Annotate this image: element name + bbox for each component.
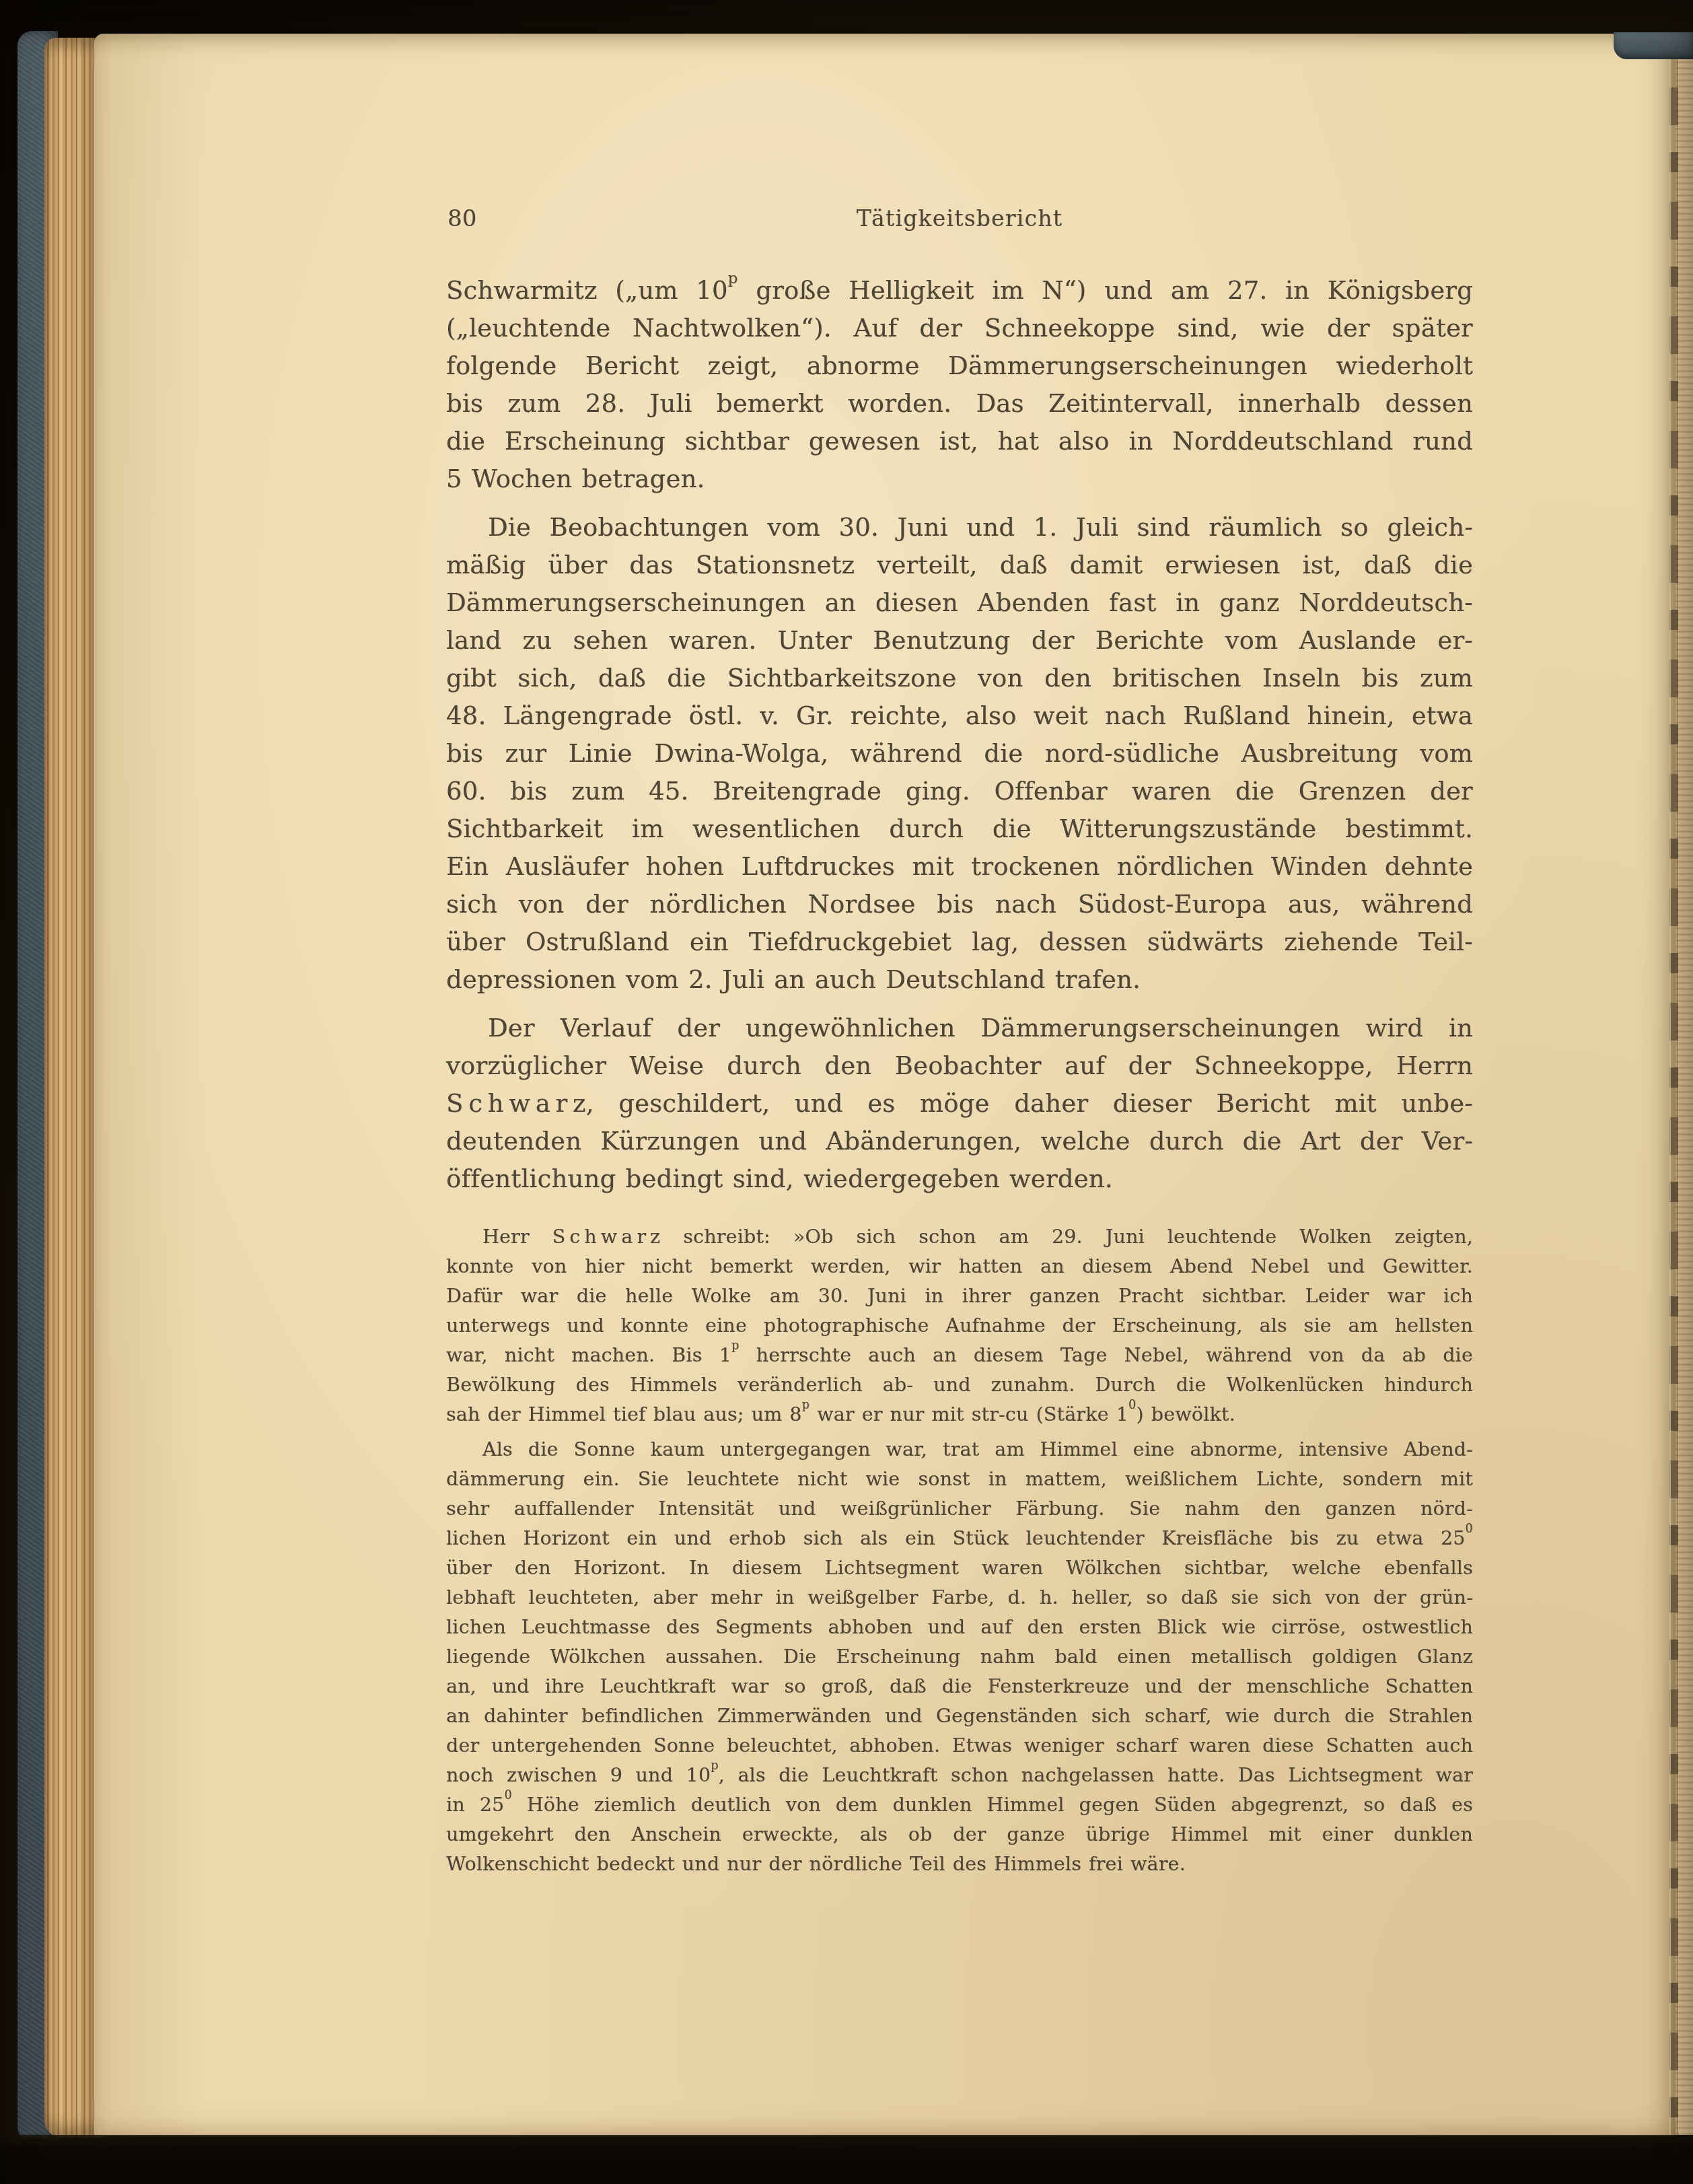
text-line: 48. Längengrade östl. v. Gr. reichte, al… bbox=[446, 697, 1473, 735]
text-line: noch zwischen 9 und 10p, als die Leuchtk… bbox=[446, 1761, 1473, 1790]
text-line: folgende Bericht zeigt, abnorme Dämmerun… bbox=[446, 347, 1473, 385]
page-number: 80 bbox=[447, 205, 477, 232]
scan-bottom-shadow bbox=[0, 2135, 1693, 2184]
text-line: Herr S c h w a r z schreibt: »Ob sich sc… bbox=[446, 1222, 1473, 1252]
text-line: Wolkenschicht bedeckt und nur der nördli… bbox=[446, 1850, 1473, 1879]
text-line: konnte von hier nicht bemerkt werden, wi… bbox=[446, 1252, 1473, 1281]
text-line: umgekehrt den Anschein erweckte, als ob … bbox=[446, 1820, 1473, 1850]
text-line: („leuchtende Nachtwolken“). Auf der Schn… bbox=[446, 310, 1473, 347]
text-line: Sichtbarkeit im wesentlichen durch die W… bbox=[446, 810, 1473, 848]
text-line: der untergehenden Sonne beleuchtet, abho… bbox=[446, 1731, 1473, 1761]
text-line: 60. bis zum 45. Breitengrade ging. Offen… bbox=[446, 773, 1473, 810]
text-line: Dafür war die helle Wolke am 30. Juni in… bbox=[446, 1281, 1473, 1311]
text-line: die Erscheinung sichtbar gewesen ist, ha… bbox=[446, 423, 1473, 460]
text-line: Dämmerungserscheinungen an diesen Abende… bbox=[446, 584, 1473, 622]
text-line: Die Beobachtungen vom 30. Juni und 1. Ju… bbox=[446, 509, 1473, 547]
text-line: Als die Sonne kaum untergegangen war, tr… bbox=[446, 1435, 1473, 1465]
text-line: Schwarmitz („um 10p große Helligkeit im … bbox=[446, 272, 1473, 310]
page-header: 80 Tätigkeitsbericht bbox=[446, 203, 1473, 234]
paragraph: Herr S c h w a r z schreibt: »Ob sich sc… bbox=[446, 1222, 1473, 1430]
paragraph: Der Verlauf der ungewöhnlichen Dämmerung… bbox=[446, 1010, 1473, 1198]
text-line: lebhaft leuchteten, aber mehr in weißgel… bbox=[446, 1583, 1473, 1613]
text-body: Schwarmitz („um 10p große Helligkeit im … bbox=[446, 272, 1473, 1879]
text-line: über Ostrußland ein Tiefdruckgebiet lag,… bbox=[446, 923, 1473, 961]
text-line: an, und ihre Leuchtkraft war so groß, da… bbox=[446, 1672, 1473, 1701]
text-line: bis zum 28. Juli bemerkt worden. Das Zei… bbox=[446, 385, 1473, 423]
paragraph: Die Beobachtungen vom 30. Juni und 1. Ju… bbox=[446, 509, 1473, 999]
text-line: unterwegs und konnte eine photographisch… bbox=[446, 1311, 1473, 1341]
text-line: mäßig über das Stationsnetz verteilt, da… bbox=[446, 547, 1473, 584]
text-line: dämmerung ein. Sie leuchtete nicht wie s… bbox=[446, 1465, 1473, 1494]
book-page: 80 Tätigkeitsbericht Schwarmitz („um 10p… bbox=[94, 34, 1676, 2136]
text-line: lichen Horizont ein und erhob sich als e… bbox=[446, 1524, 1473, 1553]
text-line: 5 Wochen betragen. bbox=[446, 460, 1473, 498]
text-line: lichen Leuchtmasse des Segments abhoben … bbox=[446, 1613, 1473, 1642]
paragraph: Schwarmitz („um 10p große Helligkeit im … bbox=[446, 272, 1473, 498]
text-line: Ein Ausläufer hohen Luftdruckes mit troc… bbox=[446, 848, 1473, 886]
text-line: über den Horizont. In diesem Lichtsegmen… bbox=[446, 1553, 1473, 1583]
text-line: depressionen vom 2. Juli an auch Deutsch… bbox=[446, 961, 1473, 999]
text-line: land zu sehen waren. Unter Benutzung der… bbox=[446, 622, 1473, 660]
text-line: vorzüglicher Weise durch den Beobachter … bbox=[446, 1047, 1473, 1085]
page-content: 80 Tätigkeitsbericht Schwarmitz („um 10p… bbox=[446, 203, 1473, 1884]
text-line: war, nicht machen. Bis 1p herrschte auch… bbox=[446, 1341, 1473, 1370]
text-line: Der Verlauf der ungewöhnlichen Dämmerung… bbox=[446, 1010, 1473, 1047]
text-line: deutenden Kürzungen und Abänderungen, we… bbox=[446, 1123, 1473, 1160]
text-line: an dahinter befindlichen Zimmerwänden un… bbox=[446, 1701, 1473, 1731]
text-line: sehr auffallender Intensität und weißgrü… bbox=[446, 1494, 1473, 1524]
page-edge-seam bbox=[1669, 38, 1678, 2136]
text-line: S c h w a r z, geschildert, und es möge … bbox=[446, 1085, 1473, 1123]
text-line: gibt sich, daß die Sichtbarkeitszone von… bbox=[446, 660, 1473, 697]
book-cover-corner bbox=[1614, 32, 1693, 59]
text-line: sah der Himmel tief blau aus; um 8p war … bbox=[446, 1400, 1473, 1430]
text-line: bis zur Linie Dwina-Wolga, während die n… bbox=[446, 735, 1473, 773]
text-line: in 250 Höhe ziemlich deutlich von dem du… bbox=[446, 1790, 1473, 1820]
running-title: Tätigkeitsbericht bbox=[446, 203, 1473, 232]
text-line: Bewölkung des Himmels veränderlich ab- u… bbox=[446, 1370, 1473, 1400]
text-line: liegende Wölkchen aussahen. Die Erschein… bbox=[446, 1642, 1473, 1672]
paragraph: Als die Sonne kaum untergegangen war, tr… bbox=[446, 1435, 1473, 1879]
text-line: öffentlichung bedingt sind, wiedergegebe… bbox=[446, 1160, 1473, 1198]
text-line: sich von der nördlichen Nordsee bis nach… bbox=[446, 886, 1473, 923]
